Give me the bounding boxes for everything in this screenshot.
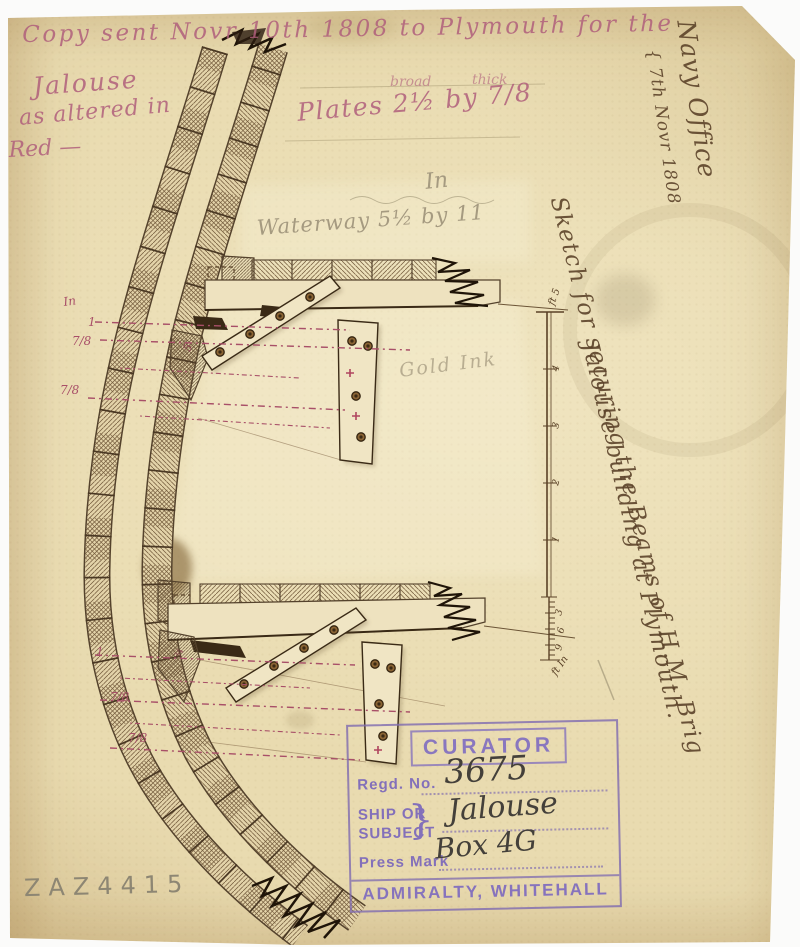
scale-1: 1	[550, 535, 562, 544]
scanned-ship-plan: { "document_type": "Admiralty ship plan …	[0, 0, 800, 947]
regd-no-label: Regd. No.	[357, 775, 436, 794]
ship-value: Jalouse	[447, 786, 559, 829]
catalog-number: ZAZ4415	[24, 870, 191, 902]
scale-3: 3	[550, 421, 562, 430]
svg-text:In: In	[61, 293, 76, 309]
svg-text:1: 1	[96, 645, 104, 659]
svg-text:7/8: 7/8	[60, 383, 80, 397]
svg-text:7/8: 7/8	[128, 731, 148, 745]
admiralty-footer: ADMIRALTY, WHITEHALL	[351, 879, 619, 905]
red-note: Red —	[8, 134, 82, 163]
scale-4: 4	[550, 364, 562, 374]
regd-no-value: 3675	[443, 748, 529, 792]
scale-top-label: ft 5	[546, 287, 563, 308]
upper-dimension-labels: In 1 7/8 7/8	[60, 293, 96, 397]
scale-i3: 3	[553, 608, 565, 617]
svg-text:7/8: 7/8	[110, 690, 130, 704]
stamp-brace: }	[408, 797, 434, 844]
svg-text:7/8: 7/8	[72, 334, 92, 348]
scale-i9: 9	[553, 643, 565, 652]
svg-text:1: 1	[88, 315, 96, 329]
in-pencil-note: In	[424, 168, 449, 195]
paper-sheet: 5	[0, 0, 800, 947]
scale-2: 2	[550, 478, 562, 488]
scale-bottom-label: ft In	[549, 654, 571, 679]
scale-i6: 6	[555, 626, 567, 635]
curator-stamp: CURATOR Regd. No. 3675 SHIP OR SUBJECT }…	[346, 719, 622, 913]
